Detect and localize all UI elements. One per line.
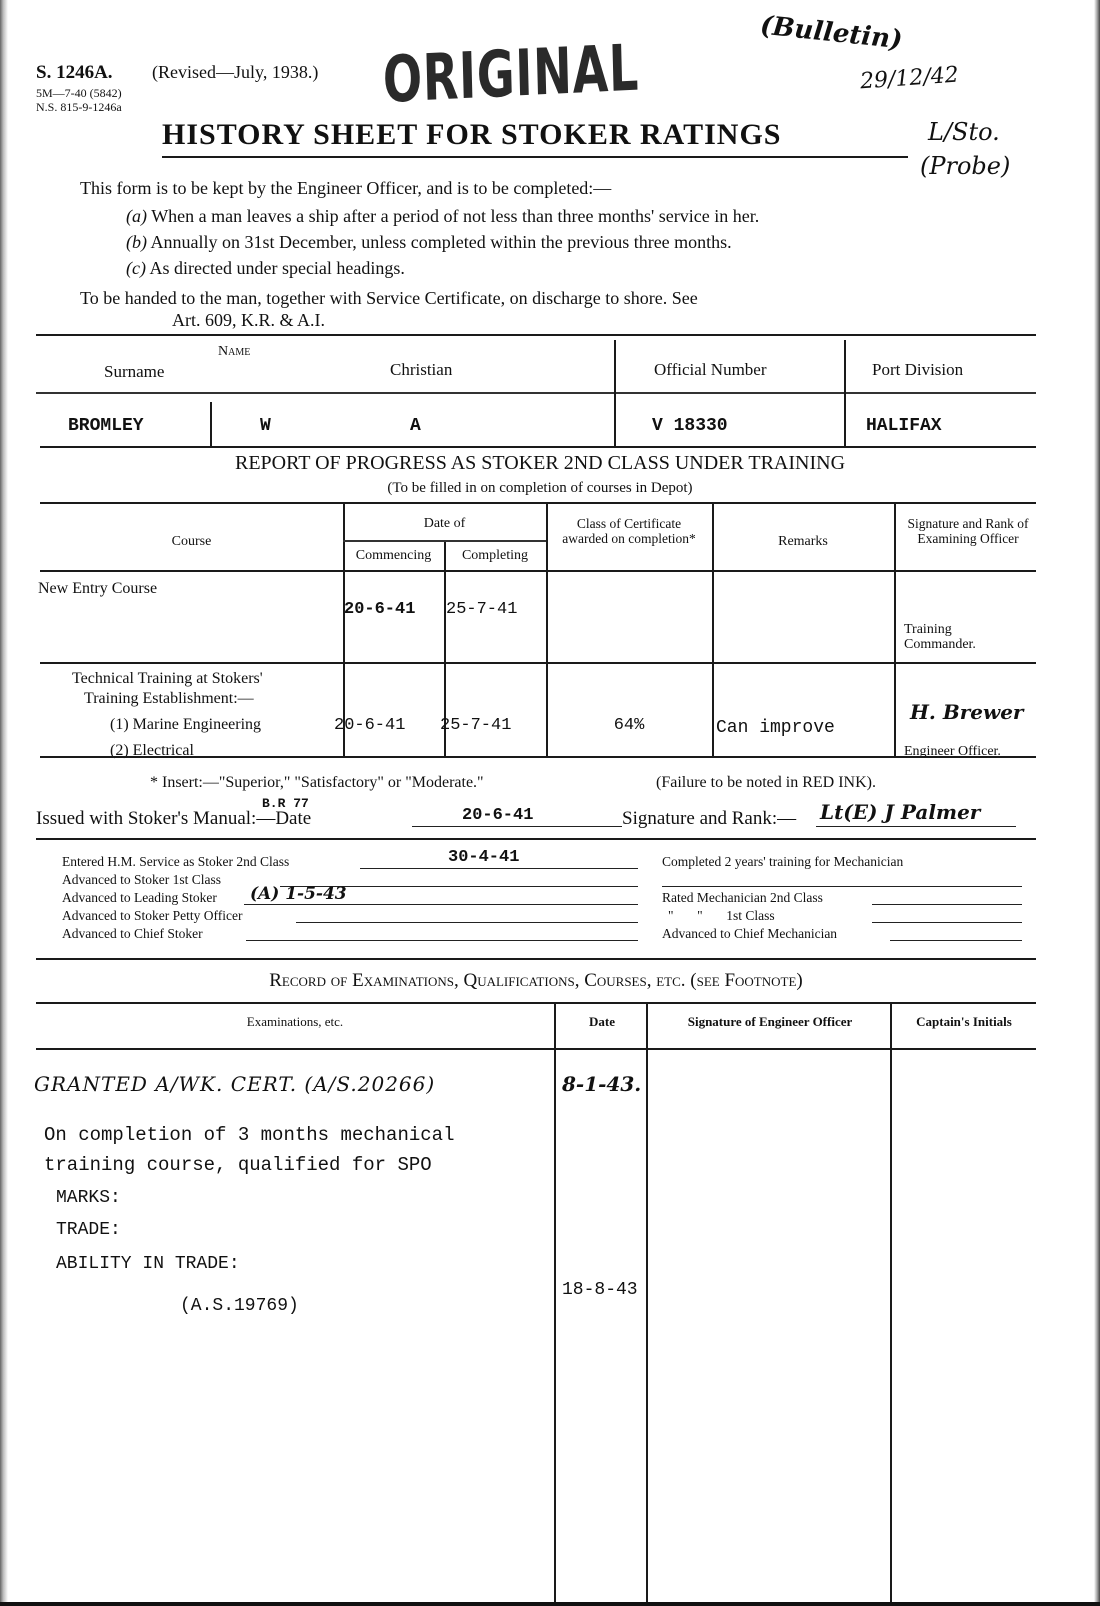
entered-service-label: Entered H.M. Service as Stoker 2nd Class <box>62 854 289 870</box>
form-number: S. 1246A. <box>36 62 113 84</box>
mechanician-1st-label: " " 1st Class <box>668 908 775 924</box>
instruction-a: (a) When a man leaves a ship after a per… <box>126 206 759 227</box>
date-of-rule <box>343 540 546 542</box>
row1-rank: Training Commander. <box>904 622 1024 652</box>
exam-entry-trade: TRADE: <box>56 1220 121 1240</box>
mechanician-training-label: Completed 2 years' training for Mechanic… <box>662 854 903 870</box>
instruction-b-text: Annually on 31st December, unless comple… <box>151 232 732 252</box>
stoker-1st-label: Advanced to Stoker 1st Class <box>62 872 221 888</box>
row2-class: 64% <box>546 716 712 735</box>
manual-label: Issued with Stoker's Manual:—Date <box>36 808 311 830</box>
chief-stoker-label: Advanced to Chief Stoker <box>62 926 203 942</box>
instruction-a-text: When a man leaves a ship after a period … <box>151 206 759 226</box>
identity-top-rule <box>36 334 1036 336</box>
progress-report-subtitle: (To be filled in on completion of course… <box>40 480 1040 497</box>
original-stamp: ORIGINAL <box>382 32 640 118</box>
manual-bottom-rule <box>36 838 1036 840</box>
progress-top-rule <box>40 502 1036 504</box>
exam-header-top-rule <box>36 1002 1036 1004</box>
progress-header-rule <box>40 570 1036 572</box>
leading-stoker-value: (A) 1-5-43 <box>250 884 347 904</box>
spo-label: Advanced to Stoker Petty Officer <box>62 908 242 924</box>
handwritten-note-3: L/Sto. <box>928 118 1000 146</box>
official-number-label: Official Number <box>654 360 767 380</box>
manual-date-line <box>412 826 622 827</box>
exam-col-divider-signature <box>646 1004 648 1602</box>
col-signature-header: Signature and Rank of Examining Officer <box>896 516 1040 546</box>
christian-initial-1: W <box>260 416 271 436</box>
exam-entry-granted-date: 8-1-43. <box>562 1072 641 1096</box>
handwritten-note-1: (Bulletin) <box>759 11 904 56</box>
leading-stoker-line <box>244 904 638 905</box>
exam-entry-reference-date: 18-8-43 <box>562 1280 638 1300</box>
handwritten-note-2: 29/12/42 <box>859 63 959 95</box>
identity-mid-rule <box>36 392 1036 394</box>
col-exams-header: Examinations, etc. <box>36 1014 554 1030</box>
identity-divider-1 <box>614 340 616 448</box>
examinations-title: Record of Examinations, Qualifications, … <box>36 970 1036 992</box>
row2-remarks: Can improve <box>716 718 835 738</box>
christian-label: Christian <box>390 360 452 380</box>
instruction-c-label: (c) <box>126 258 146 278</box>
official-number-value: V 18330 <box>652 416 728 436</box>
identity-divider-surname <box>210 402 212 448</box>
progress-report-title: REPORT OF PROGRESS AS STOKER 2ND CLASS U… <box>40 452 1040 475</box>
row2-completing: 25-7-41 <box>440 716 511 735</box>
instruction-b-label: (b) <box>126 232 147 252</box>
col-commencing-header: Commencing <box>343 548 444 564</box>
mechanician-1st-line <box>872 922 1022 923</box>
advancement-bottom-rule <box>36 958 1036 960</box>
col-remarks-header: Remarks <box>712 534 894 550</box>
col-exam-date-header: Date <box>556 1014 648 1030</box>
christian-initial-2: A <box>410 416 421 436</box>
instruction-c: (c) As directed under special headings. <box>126 258 405 279</box>
exam-col-divider-date <box>554 1004 556 1602</box>
manual-signature: Lt(E) J Palmer <box>820 800 980 824</box>
revised-date: (Revised—July, 1938.) <box>152 62 318 83</box>
insert-footnote: * Insert:—"Superior," "Satisfactory" or … <box>150 774 484 792</box>
col-course-header: Course <box>40 534 343 550</box>
mechanician-2nd-line <box>872 904 1022 905</box>
row1-course: New Entry Course <box>38 580 157 598</box>
chief-stoker-line <box>246 940 638 941</box>
entered-service-value: 30-4-41 <box>448 848 519 867</box>
instruction-a-label: (a) <box>126 206 147 226</box>
exam-entry-ability: ABILITY IN TRADE: <box>56 1254 240 1274</box>
manual-reference: B.R 77 <box>262 796 309 811</box>
identity-divider-2 <box>844 340 846 448</box>
surname-label: Surname <box>104 362 164 382</box>
scan-edge-left <box>0 0 8 1606</box>
mechanician-2nd-label: Rated Mechanician 2nd Class <box>662 890 823 906</box>
name-label: Name <box>218 344 250 360</box>
col-captain-initials-header: Captain's Initials <box>892 1014 1036 1030</box>
scan-edge-right <box>1094 0 1100 1606</box>
surname-value: BROMLEY <box>68 416 144 436</box>
row1-commencing: 20-6-41 <box>344 600 415 619</box>
handover-reference: Art. 609, K.R. & A.I. <box>172 310 325 331</box>
row1-completing: 25-7-41 <box>446 600 517 619</box>
manual-signature-label: Signature and Rank:— <box>622 808 796 830</box>
col-class-header: Class of Certificate awarded on completi… <box>556 516 702 546</box>
exam-col-divider-initials <box>890 1004 892 1602</box>
col-exam-signature-header: Signature of Engineer Officer <box>648 1014 892 1030</box>
exam-header-bottom-rule <box>36 1048 1036 1050</box>
progress-bottom-rule <box>40 756 1036 758</box>
exam-entry-completion-2: training course, qualified for SPO <box>44 1154 432 1176</box>
spo-line <box>296 922 638 923</box>
instructions-intro: This form is to be kept by the Engineer … <box>80 178 611 199</box>
row2-course-line-3: (1) Marine Engineering <box>110 716 261 734</box>
page-title: HISTORY SHEET FOR STOKER RATINGS <box>162 118 781 152</box>
chief-mechanician-line <box>890 940 1022 941</box>
row2-course-line-2: Training Establishment:— <box>84 690 254 708</box>
col-completing-header: Completing <box>444 548 546 564</box>
exam-entry-marks: MARKS: <box>56 1188 121 1208</box>
title-underline <box>162 156 908 158</box>
exam-entry-granted: GRANTED A/WK. CERT. (A/S.20266) <box>34 1072 435 1096</box>
progress-row-rule <box>40 662 1036 664</box>
failure-note: (Failure to be noted in RED INK). <box>656 774 876 792</box>
manual-date: 20-6-41 <box>462 806 533 825</box>
leading-stoker-label: Advanced to Leading Stoker <box>62 890 217 906</box>
port-division-label: Port Division <box>872 360 963 380</box>
row2-course-line-1: Technical Training at Stokers' <box>72 670 263 688</box>
instruction-b: (b) Annually on 31st December, unless co… <box>126 232 732 253</box>
manual-signature-line <box>816 826 1016 827</box>
port-division-value: HALIFAX <box>866 416 942 436</box>
handwritten-note-4: (Probe) <box>920 152 1010 180</box>
mechanician-training-line <box>662 886 1022 887</box>
exam-entry-reference: (A.S.19769) <box>180 1296 299 1316</box>
handover-note: To be handed to the man, together with S… <box>80 288 698 309</box>
col-date-of-header: Date of <box>343 516 546 532</box>
exam-entry-completion-1: On completion of 3 months mechanical <box>44 1124 454 1146</box>
page-bottom-edge <box>0 1602 1100 1606</box>
row2-commencing: 20-6-41 <box>334 716 405 735</box>
instruction-c-text: As directed under special headings. <box>150 258 405 278</box>
chief-mechanician-label: Advanced to Chief Mechanician <box>662 926 837 942</box>
row2-signature: H. Brewer <box>910 700 1023 724</box>
identity-bottom-rule <box>40 446 1036 448</box>
entered-service-line <box>360 868 638 869</box>
print-code-2: N.S. 815-9-1246a <box>36 100 122 115</box>
print-code-1: 5M—7-40 (5842) <box>36 86 122 101</box>
